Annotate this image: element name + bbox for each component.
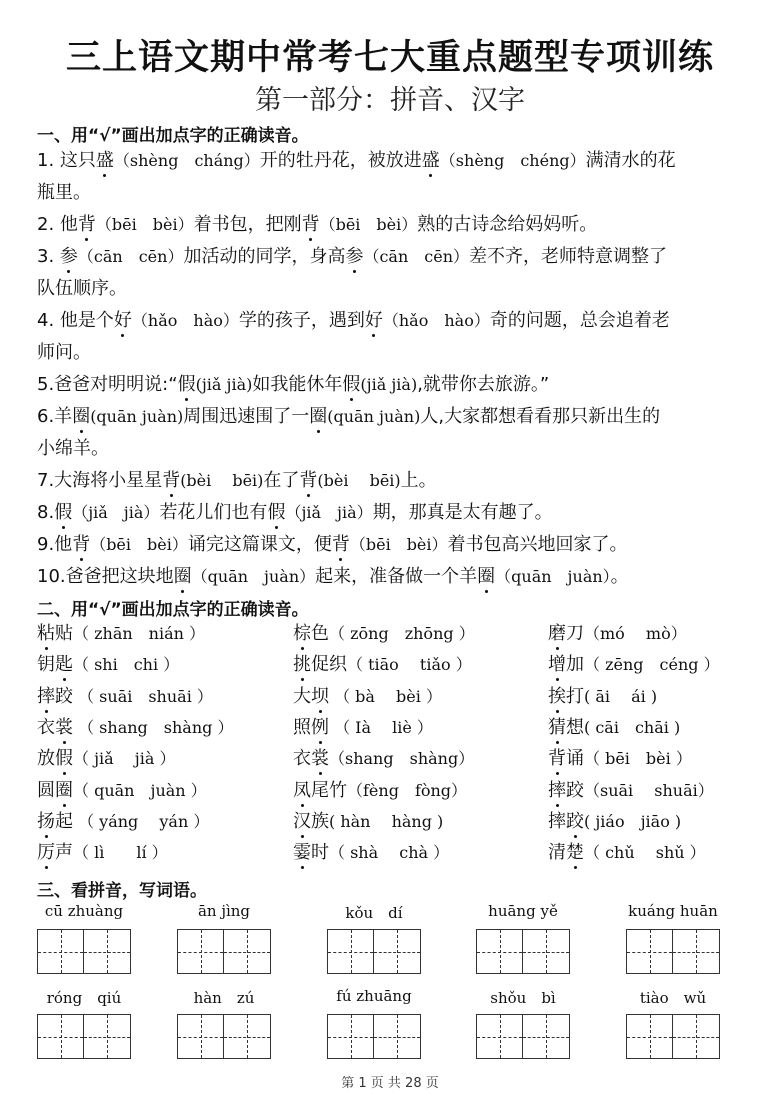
dotted-character: 圈 — [477, 566, 495, 588]
question-line: 7.大海将小星星背(bèi bēi)在了背(bèi bēi)上。 — [37, 470, 437, 492]
pinyin-prompt: kǒu dí — [327, 902, 421, 923]
word-item: 扬起 （ yáng yán ） — [37, 811, 209, 833]
sentence-text: 7.大海将小星星 — [37, 470, 162, 491]
word-item: 圆圈（ quān juàn ） — [37, 780, 207, 802]
pinyin-options[interactable]: （ quān juàn ） — [73, 781, 207, 800]
dotted-character: 坝 — [311, 686, 329, 708]
dotted-character: 圈 — [309, 406, 327, 428]
word-character: 尾 — [311, 780, 329, 801]
sentence-text: 若花儿们也有 — [159, 502, 267, 523]
pinyin-prompt: huāng yě — [476, 902, 570, 920]
pinyin-options[interactable]: （hǎo hào） — [132, 311, 239, 330]
writing-box[interactable] — [476, 929, 570, 974]
pinyin-options[interactable]: （quān juàn） — [192, 567, 316, 586]
dotted-character: 背 — [72, 534, 90, 556]
dotted-character: 厉 — [37, 842, 55, 864]
pinyin-options[interactable]: （jiǎ jià） — [285, 503, 372, 522]
word-item: 衣裳 （ shang shàng ） — [37, 717, 233, 739]
word-character: 跤 — [566, 780, 584, 801]
dotted-character: 挨 — [548, 686, 566, 708]
question-line: 队伍顺序。 — [37, 278, 127, 300]
pinyin-options[interactable]: （ bēi bèi ） — [584, 749, 692, 768]
word-character: 刀 — [566, 623, 584, 644]
sentence-text: 诵完这篇课文，便 — [188, 534, 332, 555]
word-item: 霎时（ shà chà ） — [293, 842, 449, 864]
sentence-text: 师问。 — [37, 342, 91, 363]
pinyin-options[interactable]: （shèng chéng） — [440, 151, 586, 170]
sentence-text: 4. 他是个 — [37, 310, 114, 331]
pinyin-options[interactable]: （ suāi shuāi ） — [73, 687, 213, 706]
sentence-text: 起来，准备做一个羊 — [315, 566, 477, 587]
dotted-character: 好 — [365, 310, 383, 332]
writing-box[interactable] — [177, 929, 271, 974]
pinyin-prompt: cū zhuàng — [37, 902, 131, 920]
pinyin-options[interactable]: ( jiáo jiāo ) — [584, 812, 681, 831]
pinyin-options[interactable]: （ lì lí ） — [73, 843, 168, 862]
word-character: 起 — [55, 811, 73, 832]
dotted-character: 好 — [114, 310, 132, 332]
word-item: 清楚（ chǔ shǔ ） — [548, 842, 706, 864]
word-character: 声 — [55, 842, 73, 863]
writing-box[interactable] — [626, 1014, 720, 1059]
word-item: 摔跤( jiáo jiāo ) — [548, 811, 681, 833]
document-title: 三上语文期中常考七大重点题型专项训练 — [0, 30, 780, 80]
word-character: 打 — [566, 686, 584, 707]
word-character: 诵 — [566, 748, 584, 769]
section-1-heading: 一、用“√”画出加点字的正确读音。 — [37, 121, 309, 146]
question-line: 8.假（jiǎ jià）若花儿们也有假（jiǎ jià）期，那真是太有趣了。 — [37, 502, 553, 524]
writing-box[interactable] — [327, 929, 421, 974]
section-2-heading: 二、用“√”画出加点字的正确读音。 — [37, 595, 309, 620]
sentence-text: 3. — [37, 246, 60, 267]
pinyin-options[interactable]: （suāi shuāi） — [584, 781, 714, 800]
word-item: 厉声（ lì lí ） — [37, 842, 168, 864]
pinyin-options[interactable]: （ jiǎ jià ） — [73, 749, 176, 768]
page-footer: 第 1 页 共 28 页 — [0, 1072, 780, 1091]
word-item: 大坝 （ bà bèi ） — [293, 686, 442, 708]
pinyin-options[interactable]: （bēi bèi） — [320, 215, 418, 234]
pinyin-options[interactable]: （bēi bèi） — [90, 535, 188, 554]
question-line: 2. 他背（bēi bèi）着书包，把刚背（bēi bèi）熟的古诗念给妈妈听。 — [37, 214, 597, 236]
sentence-text: 。 — [611, 566, 629, 587]
question-line: 9.他背（bēi bèi）诵完这篇课文，便背（bēi bèi）着书包高兴地回家了… — [37, 534, 628, 556]
pinyin-options[interactable]: （ zōng zhōng ） — [329, 624, 475, 643]
question-line: 3. 参（cān cēn）加活动的同学，身高参（cān cēn）差不齐，老师特意… — [37, 246, 667, 268]
word-character: 照 — [293, 717, 311, 738]
dotted-character: 假 — [55, 748, 73, 770]
pinyin-options[interactable]: (quān juàn) — [327, 407, 420, 426]
pinyin-options[interactable]: （ shà chà ） — [329, 843, 449, 862]
word-item: 棕色（ zōng zhōng ） — [293, 623, 475, 645]
pinyin-options[interactable]: （quān juàn） — [495, 567, 611, 586]
pinyin-options[interactable]: （fèng fòng） — [347, 781, 467, 800]
word-item: 摔跤 （ suāi shuāi ） — [37, 686, 213, 708]
dotted-character: 假 — [178, 374, 196, 396]
dotted-character: 背 — [162, 470, 180, 492]
word-character: 衣 — [293, 748, 311, 769]
pinyin-prompt: hàn zú — [177, 987, 271, 1008]
pinyin-options[interactable]: （ shi chi ） — [73, 655, 179, 674]
sentence-text: 10.爸爸把这块地 — [37, 566, 174, 587]
pinyin-options[interactable]: （mó mò） — [584, 624, 687, 643]
word-item: 挨打( āi ái ) — [548, 686, 657, 708]
sentence-text: 9.他 — [37, 534, 72, 555]
writing-box[interactable] — [177, 1014, 271, 1059]
dotted-character: 挑 — [293, 654, 311, 676]
sentence-text: 瓶里。 — [37, 182, 91, 203]
section-3-heading: 三、看拼音，写词语。 — [37, 876, 207, 901]
writing-box[interactable] — [626, 929, 720, 974]
pinyin-options[interactable]: (quān juàn) — [90, 407, 183, 426]
word-character: 贴 — [55, 623, 73, 644]
pinyin-options[interactable]: ( cāi chāi ) — [584, 718, 680, 737]
dotted-character: 摔 — [548, 780, 566, 802]
dotted-character: 背 — [299, 470, 317, 492]
pinyin-options[interactable]: ( āi ái ) — [584, 687, 657, 706]
sentence-text: 在了 — [263, 470, 299, 491]
sentence-text: 学的孩子，遇到 — [239, 310, 365, 331]
dotted-character: 跤 — [566, 811, 584, 833]
sentence-text: 队伍顺序。 — [37, 278, 127, 299]
question-line: 10.爸爸把这块地圈（quān juàn）起来，准备做一个羊圈（quān juà… — [37, 566, 629, 588]
word-character: 衣 — [37, 717, 55, 738]
dotted-character: 背 — [548, 748, 566, 770]
word-item: 钥匙（ shi chi ） — [37, 654, 179, 676]
pinyin-options[interactable]: （ chǔ shǔ ） — [584, 843, 706, 862]
dotted-character: 圈 — [174, 566, 192, 588]
question-line: 6.羊圈(quān juàn)周围迅速围了一圈(quān juàn)人,大家都想… — [37, 406, 660, 428]
pinyin-options[interactable]: （ shang shàng ） — [73, 718, 233, 737]
pinyin-options[interactable]: (jiǎ jià) — [196, 375, 253, 394]
writing-box[interactable] — [476, 1014, 570, 1059]
dotted-character: 参 — [60, 246, 78, 268]
word-character: 大 — [293, 686, 311, 707]
sentence-text: 差不齐，老师特意调整了 — [469, 246, 667, 267]
dotted-character: 棕 — [293, 623, 311, 645]
pinyin-options[interactable]: (bèi bēi) — [180, 471, 263, 490]
pinyin-options[interactable]: (jiǎ jià) — [360, 375, 417, 394]
word-character: 钥 — [37, 654, 55, 675]
word-item: 摔跤（suāi shuāi） — [548, 780, 714, 802]
writing-box[interactable] — [37, 1014, 131, 1059]
word-character: 色 — [311, 623, 329, 644]
dotted-character: 楚 — [566, 842, 584, 864]
dotted-character: 汉 — [293, 811, 311, 833]
pinyin-prompt: ān jìng — [177, 902, 271, 920]
question-line: 小绵羊。 — [37, 438, 109, 460]
dotted-character: 假 — [267, 502, 285, 524]
question-line: 4. 他是个好（hǎo hào）学的孩子，遇到好（hǎo hào）奇的问题，总会… — [37, 310, 670, 332]
sentence-text: 开的牡丹花，被放进 — [260, 150, 422, 171]
word-character: 跤 — [55, 686, 73, 707]
dotted-character: 增 — [548, 654, 566, 676]
word-character: 圆 — [37, 780, 55, 801]
word-character: 摔 — [548, 811, 566, 832]
word-item: 猜想( cāi chāi ) — [548, 717, 680, 739]
dotted-character: 凤 — [293, 780, 311, 802]
dotted-character: 圈 — [55, 780, 73, 802]
dotted-character: 裳 — [55, 717, 73, 739]
pinyin-options[interactable]: （shèng cháng） — [114, 151, 260, 170]
question-line: 师问。 — [37, 342, 91, 364]
pinyin-options[interactable]: ( hàn hàng ) — [329, 812, 443, 831]
sentence-text: 1. 这只 — [37, 150, 96, 171]
dotted-character: 圈 — [72, 406, 90, 428]
dotted-character: 粘 — [37, 623, 55, 645]
dotted-character: 匙 — [55, 654, 73, 676]
word-character: 织 — [329, 654, 347, 675]
pinyin-options[interactable]: （ bà bèi ） — [329, 687, 442, 706]
writing-box[interactable] — [327, 1014, 421, 1059]
pinyin-prompt: róng qiú — [37, 987, 131, 1008]
dotted-character: 盛 — [422, 150, 440, 172]
dotted-character: 假 — [54, 502, 72, 524]
pinyin-options[interactable]: (bèi bēi) — [317, 471, 400, 490]
dotted-character: 霎 — [293, 842, 311, 864]
question-line: 1. 这只盛（shèng cháng）开的牡丹花，被放进盛（shèng chén… — [37, 150, 676, 172]
sentence-text: 6.羊 — [37, 406, 72, 427]
pinyin-options[interactable]: （ tiāo tiǎo ） — [347, 655, 472, 674]
word-item: 照例 （ Ià liè ） — [293, 717, 433, 739]
word-character: 想 — [566, 717, 584, 738]
pinyin-prompt: tiào wǔ — [626, 987, 720, 1008]
sentence-text: 熟的古诗念给妈妈听。 — [417, 214, 597, 235]
part-subtitle: 第一部分：拼音、汉字 — [0, 78, 780, 117]
word-item: 挑促织（ tiāo tiǎo ） — [293, 654, 472, 676]
pinyin-options[interactable]: （cān cēn） — [78, 247, 184, 266]
pinyin-prompt: shǒu bì — [476, 987, 570, 1008]
word-item: 衣裳（shang shàng） — [293, 748, 474, 770]
word-character: 放 — [37, 748, 55, 769]
word-item: 凤尾竹（fèng fòng） — [293, 780, 467, 802]
dotted-character: 背 — [78, 214, 96, 236]
pinyin-options[interactable]: （hǎo hào） — [383, 311, 490, 330]
dotted-character: 背 — [302, 214, 320, 236]
sentence-text: 如我能休年 — [252, 374, 342, 395]
pinyin-prompt: fú zhuāng — [327, 987, 421, 1005]
pinyin-prompt: kuáng huān — [626, 902, 720, 920]
word-character: 族 — [311, 811, 329, 832]
word-character: 竹 — [329, 780, 347, 801]
pinyin-options[interactable]: （ zēng céng ） — [584, 655, 720, 674]
pinyin-options[interactable]: （bēi bèi） — [96, 215, 194, 234]
word-item: 放假（ jiǎ jià ） — [37, 748, 176, 770]
question-line: 瓶里。 — [37, 182, 91, 204]
word-character: 时 — [311, 842, 329, 863]
pinyin-options[interactable]: （ zhān nián ） — [73, 624, 205, 643]
word-item: 磨刀（mó mò） — [548, 623, 687, 645]
dotted-character: 例 — [311, 717, 329, 739]
word-item: 背诵（ bēi bèi ） — [548, 748, 692, 770]
dotted-character: 磨 — [548, 623, 566, 645]
word-item: 增加（ zēng céng ） — [548, 654, 720, 676]
sentence-text: 加活动的同学，身高 — [183, 246, 345, 267]
word-item: 粘贴（ zhān nián ） — [37, 623, 205, 645]
sentence-text: ,就带你去旅游。” — [417, 374, 549, 395]
sentence-text: 小绵羊。 — [37, 438, 109, 459]
sentence-text: 8. — [37, 502, 54, 523]
sentence-text: 5.爸爸对明明说:“ — [37, 374, 178, 395]
dotted-character: 参 — [345, 246, 363, 268]
word-character: 清 — [548, 842, 566, 863]
dotted-character: 猜 — [548, 717, 566, 739]
word-character: 促 — [311, 654, 329, 675]
dotted-character: 背 — [332, 534, 350, 556]
word-character: 加 — [566, 654, 584, 675]
sentence-text: 奇的问题，总会追着老 — [490, 310, 670, 331]
dotted-character: 裳 — [311, 748, 329, 770]
sentence-text: 着书包高兴地回家了。 — [448, 534, 628, 555]
question-line: 5.爸爸对明明说:“假(jiǎ jià)如我能休年假(jiǎ jià),就带你去… — [37, 374, 549, 396]
sentence-text: 人,大家都想看看那只新出生的 — [420, 406, 660, 427]
word-item: 汉族( hàn hàng ) — [293, 811, 443, 833]
dotted-character: 盛 — [96, 150, 114, 172]
sentence-text: 期，那真是太有趣了。 — [373, 502, 553, 523]
sentence-text: 满清水的花 — [586, 150, 676, 171]
sentence-text: 周围迅速围了一 — [183, 406, 309, 427]
writing-box[interactable] — [37, 929, 131, 974]
pinyin-options[interactable]: （ yáng yán ） — [73, 812, 209, 831]
pinyin-options[interactable]: （shang shàng） — [329, 749, 474, 768]
dotted-character: 扬 — [37, 811, 55, 833]
sentence-text: 着书包，把刚 — [194, 214, 302, 235]
sentence-text: 2. 他 — [37, 214, 78, 235]
pinyin-options[interactable]: （ Ià liè ） — [329, 718, 433, 737]
pinyin-options[interactable]: （cān cēn） — [363, 247, 469, 266]
pinyin-options[interactable]: （jiǎ jià） — [72, 503, 159, 522]
dotted-character: 摔 — [37, 686, 55, 708]
dotted-character: 假 — [342, 374, 360, 396]
sentence-text: 上。 — [401, 470, 437, 491]
pinyin-options[interactable]: （bēi bèi） — [350, 535, 448, 554]
